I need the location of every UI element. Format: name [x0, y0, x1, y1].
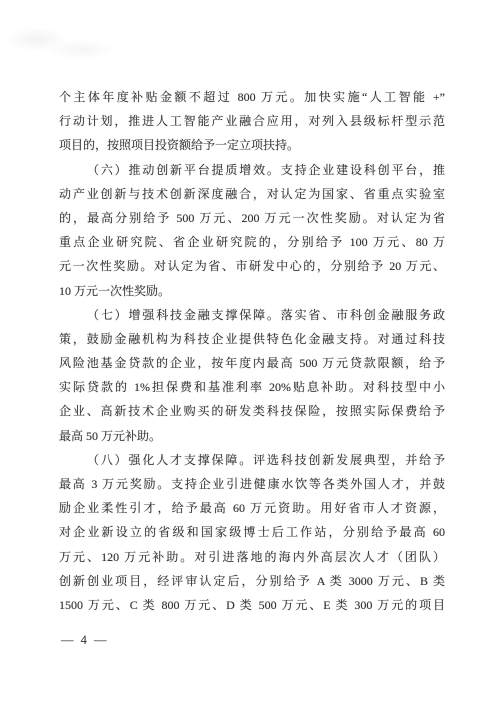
body-text-block: 个主体年度补贴金额不超过 800 万元。加快实施“人工智能 +” 行动计划，推进… — [59, 85, 445, 617]
text-line: 行动计划，推进人工智能产业融合应用，对列入县级标杆型示范 — [59, 109, 445, 133]
text-line-section-8-heading: （八）强化人才支撑保障。评选科技创新发展典型，并给予 — [59, 448, 445, 472]
text-line: 最高 3 万元奖励。支持企业引进健康水饮等各类外国人才，并鼓 — [59, 472, 445, 496]
text-line: 最高 50 万元补助。 — [59, 424, 445, 448]
text-line: 1500 万元、C 类 800 万元、D 类 500 万元、E 类 300 万元… — [59, 593, 445, 617]
text-line: 万元、120 万元补助。对引进落地的海内外高层次人才（团队） — [59, 545, 445, 569]
text-line: 元一次性奖励。对认定为省、市研发中心的，分别给予 20 万元、 — [59, 254, 445, 278]
text-line: 个主体年度补贴金额不超过 800 万元。加快实施“人工智能 +” — [59, 85, 445, 109]
text-line: 的，最高分别给予 500 万元、200 万元一次性奖励。对认定为省 — [59, 206, 445, 230]
scan-smudge-artifact — [6, 26, 116, 64]
text-line-section-7-heading: （七）增强科技金融支撑保障。落实省、市科创金融服务政 — [59, 303, 445, 327]
text-line: 企业、高新技术企业购买的研发类科技保险，按照实际保费给予 — [59, 399, 445, 423]
document-page: 个主体年度补贴金额不超过 800 万元。加快实施“人工智能 +” 行动计划，推进… — [0, 0, 500, 707]
text-line: 对企业新设立的省级和国家级博士后工作站，分别给予最高 60 — [59, 520, 445, 544]
text-line: 风险池基金贷款的企业，按年度内最高 500 万元贷款限额，给予 — [59, 351, 445, 375]
text-line: 创新创业项目，经评审认定后，分别给予 A 类 3000 万元、B 类 — [59, 569, 445, 593]
text-line: 10 万元一次性奖励。 — [59, 279, 445, 303]
text-line: 重点企业研究院、省企业研究院的，分别给予 100 万元、80 万 — [59, 230, 445, 254]
text-line: 项目的，按照项目投资额给予一定立项扶持。 — [59, 133, 445, 157]
page-number: — 4 — — [61, 630, 109, 650]
text-line: 动产业创新与技术创新深度融合，对认定为国家、省重点实验室 — [59, 182, 445, 206]
text-line: 实际贷款的 1%担保费和基准利率 20%贴息补助。对科技型中小 — [59, 375, 445, 399]
text-line: 策，鼓励金融机构为科技企业提供特色化金融支持。对通过科技 — [59, 327, 445, 351]
text-line: 励企业柔性引才，给予最高 60 万元资助。用好省市人才资源， — [59, 496, 445, 520]
text-line-section-6-heading: （六）推动创新平台提质增效。支持企业建设科创平台，推 — [59, 158, 445, 182]
